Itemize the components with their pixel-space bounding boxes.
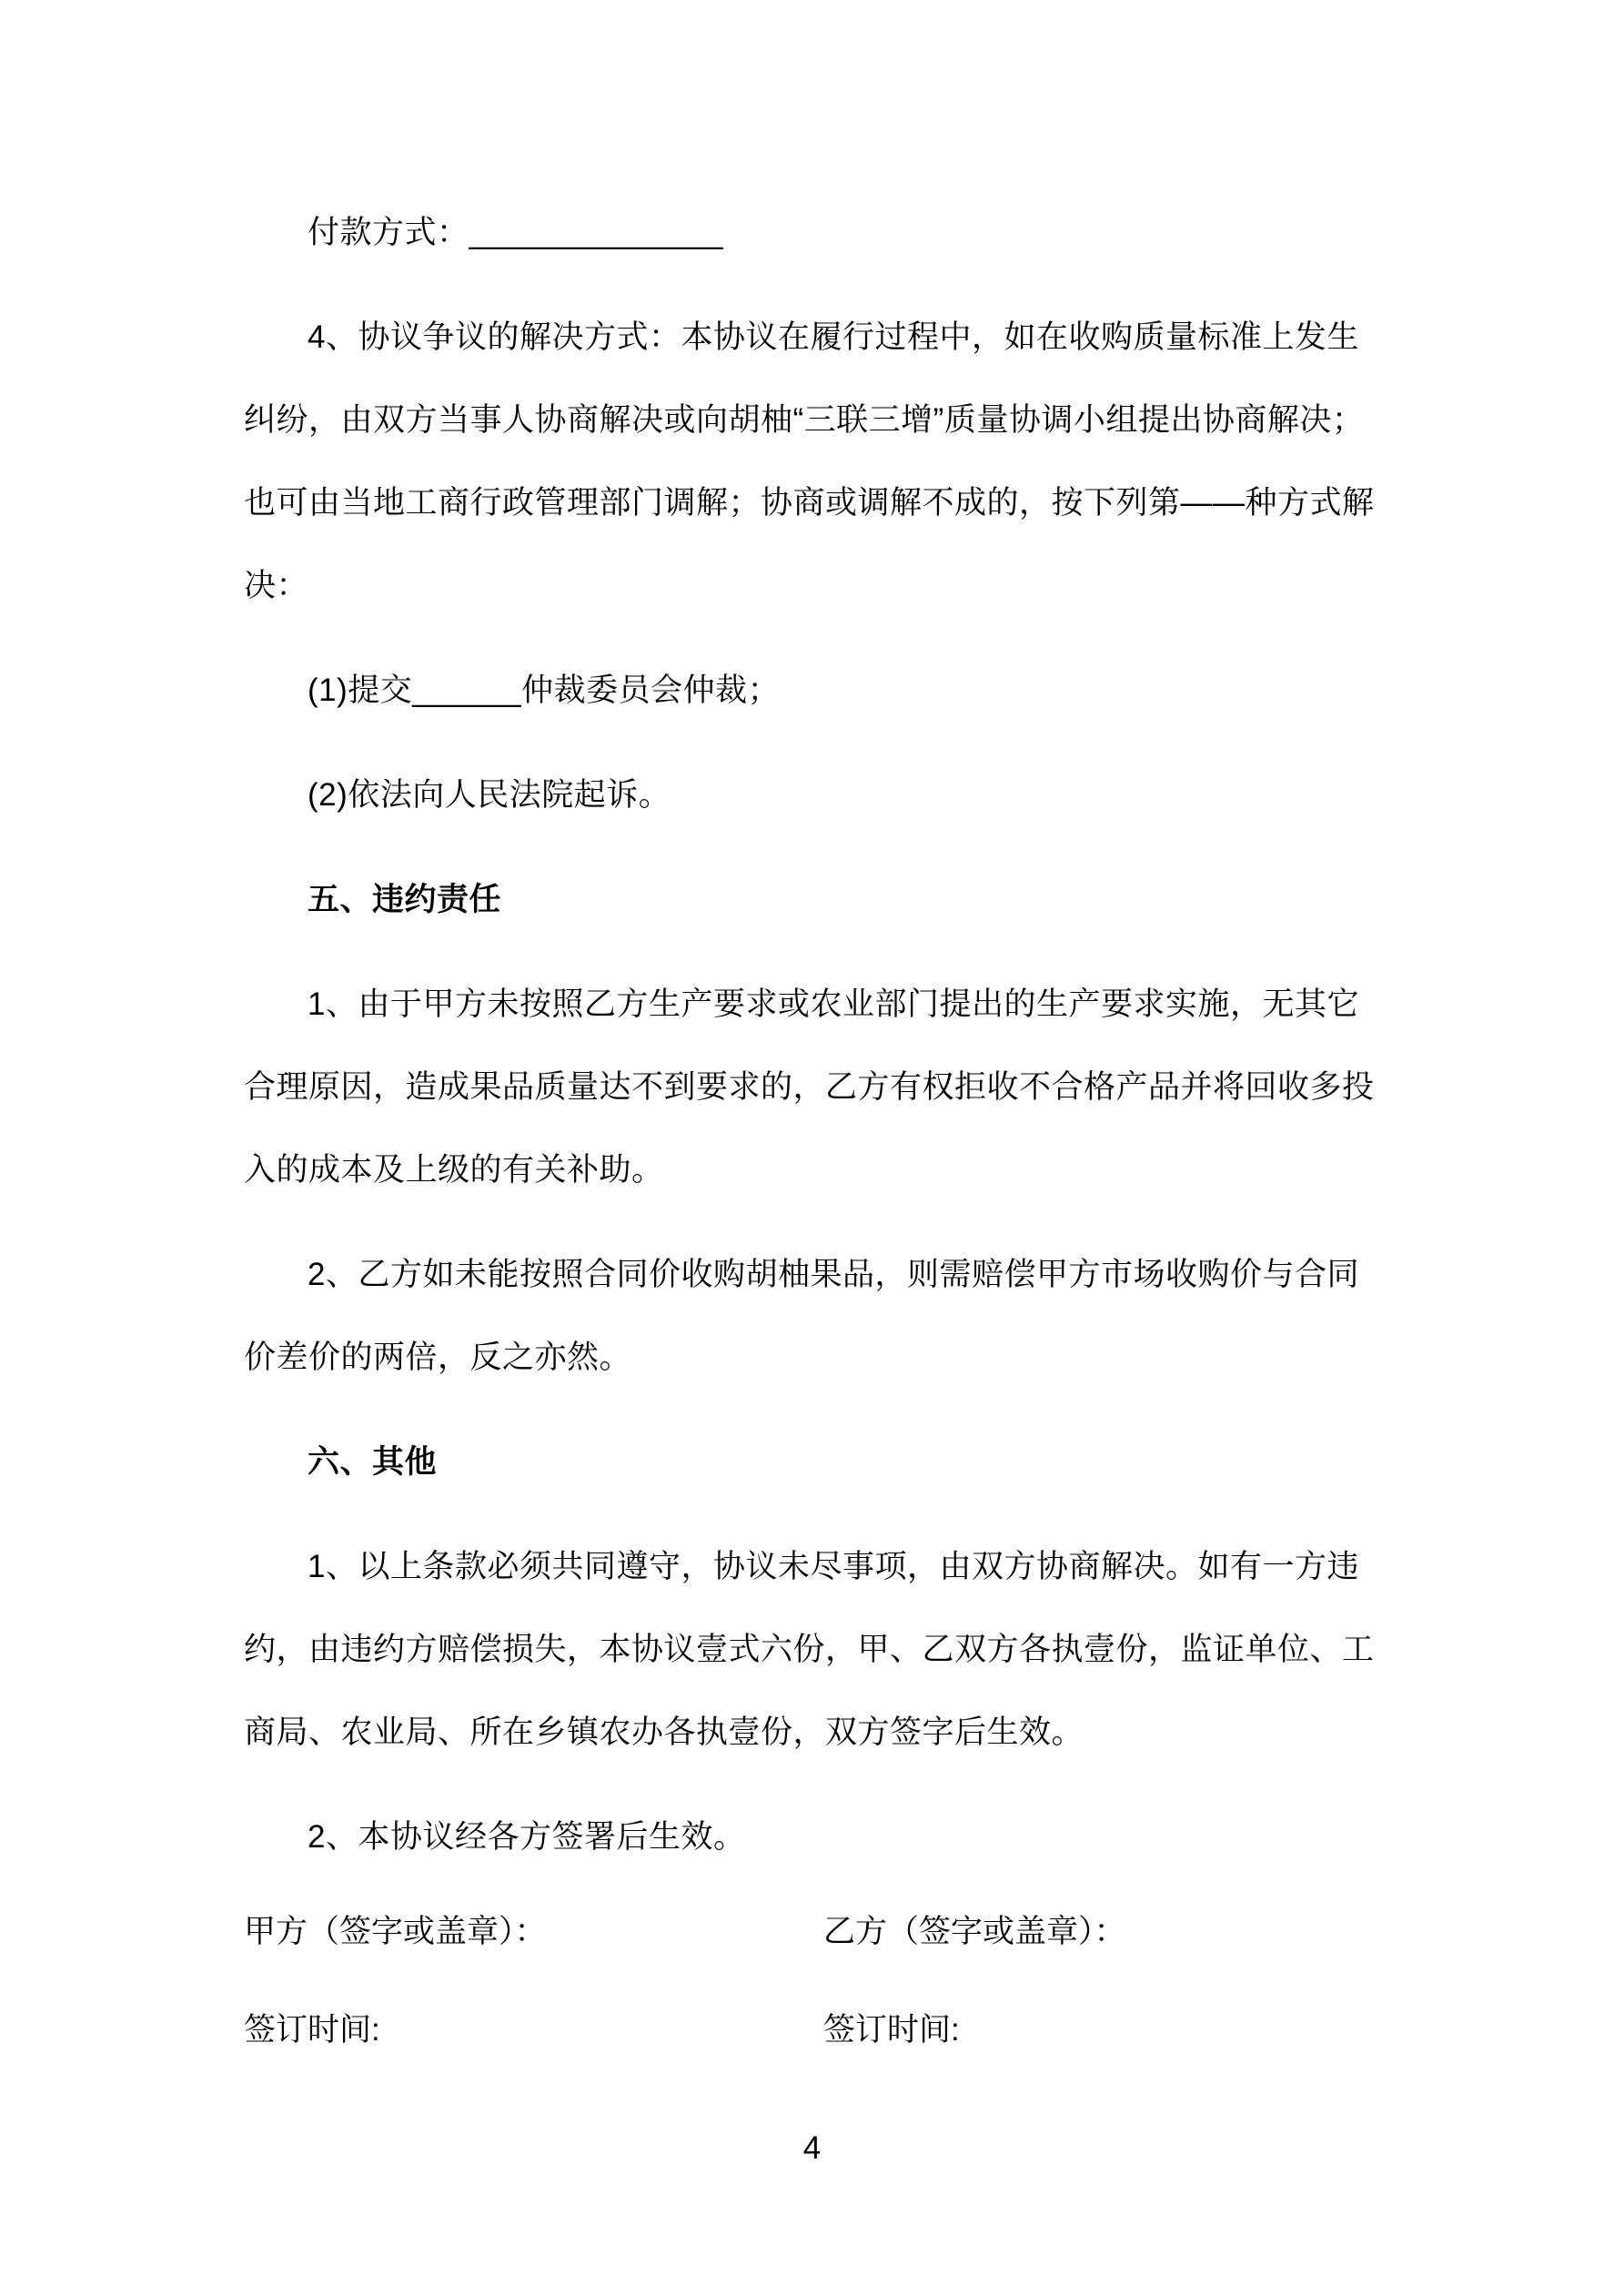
- document-line: 2、乙方如未能按照合同价收购胡柚果品，则需赔偿甲方市场收购价与合同: [244, 1233, 1390, 1316]
- document-line: 约，由违约方赔偿损失，本协议壹式六份，甲、乙双方各执壹份，监证单位、工: [244, 1608, 1390, 1691]
- document-line: 1、由于甲方未按照乙方生产要求或农业部门提出的生产要求实施，无其它: [244, 963, 1390, 1046]
- document-line: 五、违约责任: [244, 858, 1390, 941]
- document-line: 1、以上条款必须共同遵守，协议未尽事项，由双方协商解决。如有一方违: [244, 1525, 1390, 1608]
- document-line: 2、本协议经各方签署后生效。: [244, 1795, 1390, 1878]
- document-line: 六、其他: [244, 1421, 1390, 1503]
- document-line: 也可由当地工商行政管理部门调解；协商或调解不成的，按下列第——种方式解: [244, 461, 1390, 544]
- document-line: (2)依法向人民法院起诉。: [244, 754, 1390, 836]
- party-a-signature-label: 甲方（签字或盖章）：: [244, 1890, 823, 1973]
- document-line: 付款方式：______________: [244, 191, 1390, 274]
- document-line: 商局、农业局、所在乡镇农办各执壹份，双方签字后生效。: [244, 1691, 1390, 1774]
- party-b-signing-date-label: 签订时间:: [823, 1988, 960, 2071]
- document-body: 付款方式：______________4、协议争议的解决方式：本协议在履行过程中…: [244, 191, 1390, 1878]
- document-line: 价差价的两倍，反之亦然。: [244, 1316, 1390, 1399]
- signature-row: 甲方（签字或盖章）：乙方（签字或盖章）：: [244, 1890, 1390, 1973]
- document-line: (1)提交______仲裁委员会仲裁；: [244, 649, 1390, 732]
- page-number: 4: [0, 2121, 1624, 2176]
- document-line: 决：: [244, 544, 1390, 627]
- document-line: 入的成本及上级的有关补助。: [244, 1128, 1390, 1211]
- party-b-signature-label: 乙方（签字或盖章）：: [823, 1890, 1126, 1973]
- document-line: 合理原因，造成果品质量达不到要求的，乙方有权拒收不合格产品并将回收多投: [244, 1046, 1390, 1128]
- document-line: 纠纷，由双方当事人协商解决或向胡柚“三联三增”质量协调小组提出协商解决；: [244, 379, 1390, 461]
- party-a-signing-date-label: 签订时间:: [244, 1988, 823, 2071]
- document-content: 付款方式：______________4、协议争议的解决方式：本协议在履行过程中…: [244, 191, 1390, 2071]
- contract-document-page: 付款方式：______________4、协议争议的解决方式：本协议在履行过程中…: [0, 0, 1624, 2296]
- signing-date-row: 签订时间:签订时间:: [244, 1988, 1390, 2071]
- document-line: 4、协议争议的解决方式：本协议在履行过程中，如在收购质量标准上发生: [244, 296, 1390, 379]
